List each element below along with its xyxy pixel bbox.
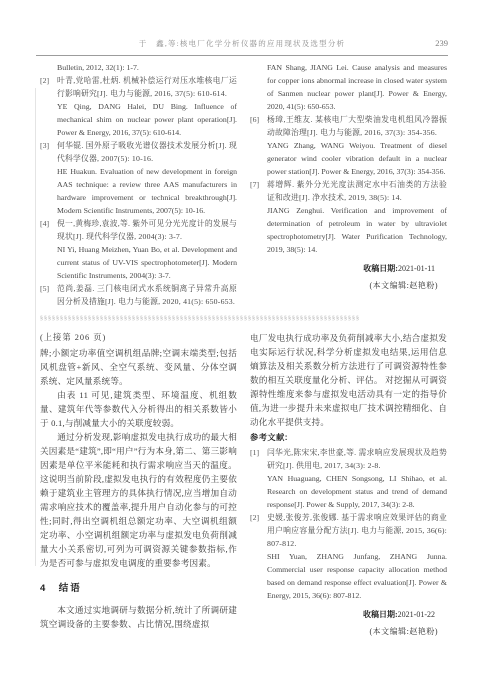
- reference-number: [2]: [40, 74, 57, 139]
- reference-entry: [7] 蒋增辉. 紫外分光光度法测定水中石油类的方法验证和改进[J]. 净水技术…: [250, 178, 447, 256]
- reference-text-en: SHI Yuan, ZHANG Junfang, ZHANG Junna. Co…: [267, 550, 447, 602]
- reference-text-zh: 史媛,张俊芳,张俊娜. 基于需求响应效果评估的商业用户响应容量分配方法[J]. …: [267, 511, 447, 550]
- reference-text-en: NI Yi, Huang Meizhen, Yuan Bo, et al. De…: [57, 243, 237, 282]
- received-date-label: 收稿日期:: [363, 610, 398, 619]
- header-rule: [36, 55, 448, 56]
- journal-page: 于 鑫,等:核电厂化学分析仪器的应用现状及选型分析 239 Bulletin, …: [0, 0, 480, 679]
- reference-number: [6]: [250, 113, 267, 178]
- continuation-note: (上接第 206 页): [40, 331, 237, 343]
- reference-text-en: HE Huakun. Evaluation of new development…: [57, 165, 237, 217]
- page-header: 于 鑫,等:核电厂化学分析仪器的应用现状及选型分析 239: [36, 37, 448, 50]
- reference-entry: [6] 杨璋,王维友. 某核电厂大型柴油发电机组风冷器振动故障治理[J]. 电力…: [250, 113, 447, 178]
- editor-credit-line: (本文编辑:赵艳粉): [250, 626, 447, 638]
- reference-number: [3]: [40, 139, 57, 217]
- reference-number: [4]: [40, 217, 57, 282]
- ornament-divider: §§§§§§§§§§§§§§§§§§§§§§§§§§§§§§§§§§§§§§§§…: [40, 315, 447, 324]
- reference-text-zh: 倪一,黄梅珍,袁波,等. 紫外可见分光光度计的发展与现状[J]. 现代科学仪器,…: [57, 217, 237, 243]
- received-date-value: 2021-01-22: [398, 610, 435, 619]
- reference-text-zh: 何华锟. 国外原子吸收光谱仪器技术发展分析[J]. 现代科学仪器, 2007(5…: [57, 139, 237, 165]
- received-date-label: 收稿日期:: [363, 264, 398, 273]
- body-paragraph: 由表 11 可见,建筑类型、环境温度、机组数量、建筑年代等参数代入分析得出的相关…: [40, 388, 237, 430]
- reference-entry: [1] 闫华光,陈宋宋,李世豪,等. 需求响应发展现状及趋势研究[J]. 供用电…: [250, 446, 447, 511]
- reference-entry: [3] 何华锟. 国外原子吸收光谱仪器技术发展分析[J]. 现代科学仪器, 20…: [40, 139, 237, 217]
- section-heading: 4 结语: [40, 580, 237, 594]
- page-content: Bulletin, 2012, 32(1): 1-7. [2] 叶青,党哈雷,杜…: [40, 61, 447, 638]
- body-paragraph: 电厂发电执行成功率及负荷削减率大小,结合虚拟发电实际运行状况,科学分析虚拟发电结…: [250, 331, 447, 429]
- reference-number: [7]: [250, 178, 267, 256]
- reference-number: [2]: [250, 511, 267, 602]
- reference-entry: [2] 叶青,党哈雷,杜炳. 机械补偿运行对压水堆核电厂运行影响研究[J]. 电…: [40, 74, 237, 139]
- article1-right-column: FAN Shang, JIANG Lei. Cause analysis and…: [250, 61, 447, 308]
- body-paragraph: 牌;小额定功率值空调机组品牌;空调末端类型;包括风机盘管+新风、全空气系统、变风…: [40, 346, 237, 388]
- article1-references-section: Bulletin, 2012, 32(1): 1-7. [2] 叶青,党哈雷,杜…: [40, 61, 447, 308]
- reference-text-en: YAN Huaguang, CHEN Songsong, LI Shihao, …: [267, 472, 447, 511]
- reference-text-zh: 叶青,党哈雷,杜炳. 机械补偿运行对压水堆核电厂运行影响研究[J]. 电力与能源…: [57, 74, 237, 100]
- reference-text-en: YE Qing, DANG Halei, DU Bing. Influence …: [57, 100, 237, 139]
- article2-references: [1] 闫华光,陈宋宋,李世豪,等. 需求响应发展现状及趋势研究[J]. 供用电…: [250, 446, 447, 602]
- reference-entry: [4] 倪一,黄梅珍,袁波,等. 紫外可见分光光度计的发展与现状[J]. 现代科…: [40, 217, 237, 282]
- reference-text-zh: 杨璋,王维友. 某核电厂大型柴油发电机组风冷器振动故障治理[J]. 电力与能源,…: [267, 113, 447, 139]
- reference-continuation: Bulletin, 2012, 32(1): 1-7.: [57, 61, 237, 74]
- reference-number: [1]: [250, 446, 267, 511]
- references-heading: 参考文献:: [250, 432, 447, 443]
- reference-text-en: JIANG Zenghui. Verification and improvem…: [267, 204, 447, 256]
- article2-left-column: (上接第 206 页) 牌;小额定功率值空调机组品牌;空调末端类型;包括风机盘管…: [40, 331, 237, 638]
- received-date-line: 收稿日期:2021-01-22: [250, 609, 447, 621]
- received-date-line: 收稿日期:2021-01-11: [250, 263, 447, 275]
- article2-right-column: 电厂发电执行成功率及负荷削减率大小,结合虚拟发电实际运行状况,科学分析虚拟发电结…: [250, 331, 447, 638]
- received-date-value: 2021-01-11: [398, 264, 435, 273]
- page-number: 239: [435, 37, 448, 50]
- reference-entry: [2] 史媛,张俊芳,张俊娜. 基于需求响应效果评估的商业用户响应容量分配方法[…: [250, 511, 447, 602]
- body-paragraph: 通过分析发现,影响虚拟发电执行成功的最大相关因素是“建筑”,即“用户”行为本身,…: [40, 430, 237, 570]
- reference-continuation: FAN Shang, JIANG Lei. Cause analysis and…: [267, 61, 447, 113]
- reference-text-en: YANG Zhang, WANG Weiyou. Treatment of di…: [267, 139, 447, 178]
- article1-left-column: Bulletin, 2012, 32(1): 1-7. [2] 叶青,党哈雷,杜…: [40, 61, 237, 308]
- scan-edge-line: [35, 88, 36, 566]
- editor-credit-line: (本文编辑:赵艳粉): [250, 280, 447, 292]
- reference-text-zh: 闫华光,陈宋宋,李世豪,等. 需求响应发展现状及趋势研究[J]. 供用电, 20…: [267, 446, 447, 472]
- reference-text-zh: 蒋增辉. 紫外分光光度法测定水中石油类的方法验证和改进[J]. 净水技术, 20…: [267, 178, 447, 204]
- reference-text-zh: 范尚,姜磊. 三门核电闭式水系统铜离子异常升高原因分析及措施[J]. 电力与能源…: [57, 282, 237, 308]
- article2-section: (上接第 206 页) 牌;小额定功率值空调机组品牌;空调末端类型;包括风机盘管…: [40, 331, 447, 638]
- running-head-title: 于 鑫,等:核电厂化学分析仪器的应用现状及选型分析: [36, 37, 448, 50]
- reference-number: [5]: [40, 282, 57, 308]
- body-paragraph: 本文通过实地调研与数据分析,统计了所调研建筑空调设备的主要参数、占比情况,围绕虚…: [40, 603, 237, 631]
- reference-entry: [5] 范尚,姜磊. 三门核电闭式水系统铜离子异常升高原因分析及措施[J]. 电…: [40, 282, 237, 308]
